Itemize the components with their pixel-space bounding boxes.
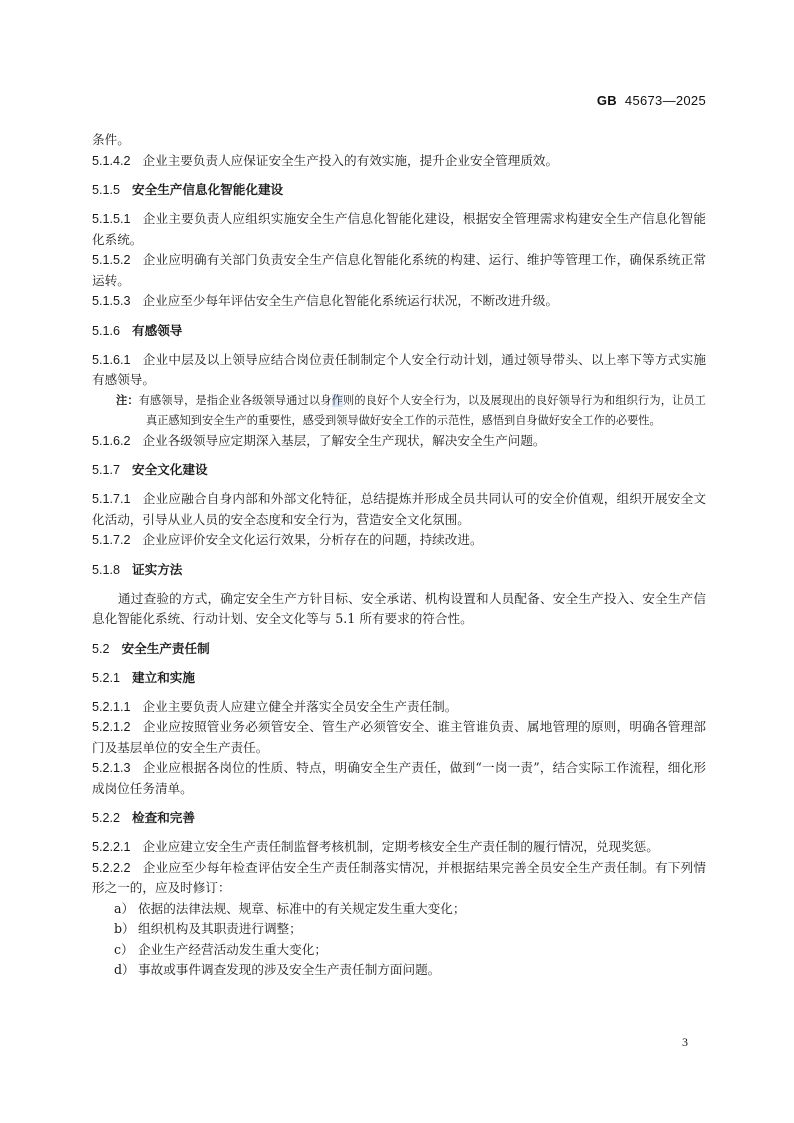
list-item: d）事故或事件调查发现的涉及安全生产责任制方面问题。 bbox=[92, 960, 706, 981]
clause-5-2-2-1: 5.2.2.1企业应建立安全生产责任制监督考核机制，定期考核安全生产责任制的履行… bbox=[92, 837, 706, 858]
clause-text: 企业应至少每年检查评估安全生产责任制落实情况，并根据结果完善全员安全生产责任制。… bbox=[92, 860, 706, 896]
clause-number: 5.1.5.3 bbox=[92, 294, 131, 308]
clause-number: 5.2.1.1 bbox=[92, 700, 131, 714]
clause-text: 企业应融合自身内部和外部文化特征，总结提炼并形成全员共同认可的安全价值观，组织开… bbox=[92, 491, 706, 527]
heading-5-2-1: 5.2.1建立和实施 bbox=[92, 668, 706, 688]
clause-5-1-5-1: 5.1.5.1企业主要负责人应组织实施安全生产信息化智能化建设，根据安全管理需求… bbox=[92, 209, 706, 250]
clause-number: 5.2.1.3 bbox=[92, 761, 131, 775]
clause-number: 5.1.4.2 bbox=[92, 154, 131, 168]
list-marker: d） bbox=[114, 960, 135, 981]
heading-title: 安全文化建设 bbox=[132, 463, 208, 477]
clause-number: 5.1.6.1 bbox=[92, 353, 131, 367]
heading-5-1-5: 5.1.5安全生产信息化智能化建设 bbox=[92, 180, 706, 200]
clause-5-2-1-3: 5.2.1.3企业应根据各岗位的性质、特点，明确安全生产责任，做到“一岗一责”，… bbox=[92, 758, 706, 799]
clause-5-2-1-1: 5.2.1.1企业主要负责人应建立健全并落实全员安全生产责任制。 bbox=[92, 697, 706, 718]
heading-number: 5.1.7 bbox=[92, 463, 120, 477]
std-prefix: GB bbox=[597, 93, 617, 108]
document-page: GB 45673—2025 条件。 5.1.4.2企业主要负责人应保证安全生产投… bbox=[0, 0, 794, 1123]
heading-title: 检查和完善 bbox=[132, 811, 195, 825]
clause-number: 5.1.6.2 bbox=[92, 434, 131, 448]
page-number: 3 bbox=[682, 1035, 688, 1050]
heading-number: 5.2 bbox=[92, 642, 110, 656]
heading-title: 证实方法 bbox=[132, 563, 182, 577]
clause-5-1-4-2: 5.1.4.2企业主要负责人应保证安全生产投入的有效实施，提升企业安全管理质效。 bbox=[92, 151, 706, 172]
list-marker: a） bbox=[114, 899, 134, 920]
clause-5-1-5-3: 5.1.5.3企业应至少每年评估安全生产信息化智能化系统运行状况，不断改进升级。 bbox=[92, 291, 706, 312]
list-item: b）组织机构及其职责进行调整； bbox=[92, 919, 706, 940]
heading-title: 建立和实施 bbox=[132, 671, 195, 685]
heading-5-1-7: 5.1.7安全文化建设 bbox=[92, 460, 706, 480]
heading-number: 5.1.6 bbox=[92, 324, 120, 338]
clause-text: 企业主要负责人应建立健全并落实全员安全生产责任制。 bbox=[143, 699, 458, 714]
clause-5-2-1-2: 5.2.1.2企业应按照管业务必须管安全、管生产必须管安全、谁主管谁负责、属地管… bbox=[92, 717, 706, 758]
clause-5-1-6-1: 5.1.6.1企业中层及以上领导应结合岗位责任制制定个人安全行动计划，通过领导带… bbox=[92, 350, 706, 391]
heading-5-1-8: 5.1.8证实方法 bbox=[92, 560, 706, 580]
standard-code: GB 45673—2025 bbox=[597, 93, 706, 108]
list-marker: b） bbox=[114, 919, 135, 940]
list-marker: c） bbox=[114, 940, 134, 961]
heading-title: 有感领导 bbox=[132, 324, 182, 338]
clause-text: 企业主要负责人应组织实施安全生产信息化智能化建设，根据安全管理需求构建安全生产信… bbox=[92, 211, 706, 247]
heading-5-1-6: 5.1.6有感领导 bbox=[92, 321, 706, 341]
note-5-1-6: 注：有感领导，是指企业各级领导通过以身作则的良好个人安全行为，以及展现出的良好领… bbox=[116, 391, 706, 431]
clause-5-2-2-2: 5.2.2.2企业应至少每年检查评估安全生产责任制落实情况，并根据结果完善全员安… bbox=[92, 858, 706, 899]
clause-text: 企业各级领导应定期深入基层，了解安全生产现状，解决安全生产问题。 bbox=[143, 433, 546, 448]
list-item: a）依据的法律法规、规章、标准中的有关规定发生重大变化； bbox=[92, 899, 706, 920]
clause-number: 5.1.5.2 bbox=[92, 253, 131, 267]
clause-number: 5.1.7.2 bbox=[92, 533, 131, 547]
clause-text: 企业应建立安全生产责任制监督考核机制，定期考核安全生产责任制的履行情况，兑现奖惩… bbox=[143, 839, 659, 854]
clause-text: 企业应按照管业务必须管安全、管生产必须管安全、谁主管谁负责、属地管理的原则，明确… bbox=[92, 719, 706, 755]
heading-title: 安全生产责任制 bbox=[122, 642, 210, 656]
heading-number: 5.2.1 bbox=[92, 671, 120, 685]
heading-number: 5.1.8 bbox=[92, 563, 120, 577]
paragraph-5-1-8: 通过查验的方式，确定安全生产方针目标、安全承诺、机构设置和人员配备、安全生产投入… bbox=[92, 589, 706, 630]
clause-text: 企业应根据各岗位的性质、特点，明确安全生产责任，做到“一岗一责”，结合实际工作流… bbox=[92, 760, 706, 796]
list-item-text: 依据的法律法规、规章、标准中的有关规定发生重大变化； bbox=[138, 901, 465, 916]
heading-5-2: 5.2安全生产责任制 bbox=[92, 639, 706, 659]
heading-5-2-2: 5.2.2检查和完善 bbox=[92, 808, 706, 828]
revision-conditions-list: a）依据的法律法规、规章、标准中的有关规定发生重大变化； b）组织机构及其职责进… bbox=[92, 899, 706, 981]
clause-text: 企业主要负责人应保证安全生产投入的有效实施，提升企业安全管理质效。 bbox=[143, 153, 559, 168]
continued-paragraph: 条件。 bbox=[92, 130, 706, 151]
note-label: 注： bbox=[116, 395, 139, 407]
clause-number: 5.2.2.1 bbox=[92, 840, 131, 854]
heading-number: 5.2.2 bbox=[92, 811, 120, 825]
clause-number: 5.2.1.2 bbox=[92, 720, 131, 734]
std-number: 45673—2025 bbox=[625, 93, 706, 108]
document-body: 条件。 5.1.4.2企业主要负责人应保证安全生产投入的有效实施，提升企业安全管… bbox=[92, 130, 706, 981]
list-item-text: 企业生产经营活动发生重大变化； bbox=[138, 942, 327, 957]
clause-5-1-7-1: 5.1.7.1企业应融合自身内部和外部文化特征，总结提炼并形成全员共同认可的安全… bbox=[92, 489, 706, 530]
selection-highlight: 作 bbox=[332, 394, 343, 407]
list-item: c）企业生产经营活动发生重大变化； bbox=[92, 940, 706, 961]
list-item-text: 事故或事件调查发现的涉及安全生产责任制方面问题。 bbox=[138, 962, 440, 977]
clause-5-1-6-2: 5.1.6.2企业各级领导应定期深入基层，了解安全生产现状，解决安全生产问题。 bbox=[92, 431, 706, 452]
clause-text: 企业应至少每年评估安全生产信息化智能化系统运行状况，不断改进升级。 bbox=[143, 293, 559, 308]
clause-5-1-7-2: 5.1.7.2企业应评价安全文化运行效果，分析存在的问题，持续改进。 bbox=[92, 530, 706, 551]
clause-number: 5.1.5.1 bbox=[92, 212, 131, 226]
heading-number: 5.1.5 bbox=[92, 183, 120, 197]
clause-5-1-5-2: 5.1.5.2企业应明确有关部门负责安全生产信息化智能化系统的构建、运行、维护等… bbox=[92, 250, 706, 291]
clause-number: 5.1.7.1 bbox=[92, 492, 131, 506]
clause-text: 企业应评价安全文化运行效果，分析存在的问题，持续改进。 bbox=[143, 532, 483, 547]
list-item-text: 组织机构及其职责进行调整； bbox=[138, 921, 302, 936]
heading-title: 安全生产信息化智能化建设 bbox=[132, 183, 283, 197]
note-text: 有感领导，是指企业各级领导通过以身 bbox=[139, 394, 332, 407]
clause-number: 5.2.2.2 bbox=[92, 861, 131, 875]
clause-text: 企业应明确有关部门负责安全生产信息化智能化系统的构建、运行、维护等管理工作，确保… bbox=[92, 252, 706, 288]
clause-text: 企业中层及以上领导应结合岗位责任制制定个人安全行动计划，通过领导带头、以上率下等… bbox=[92, 352, 706, 388]
